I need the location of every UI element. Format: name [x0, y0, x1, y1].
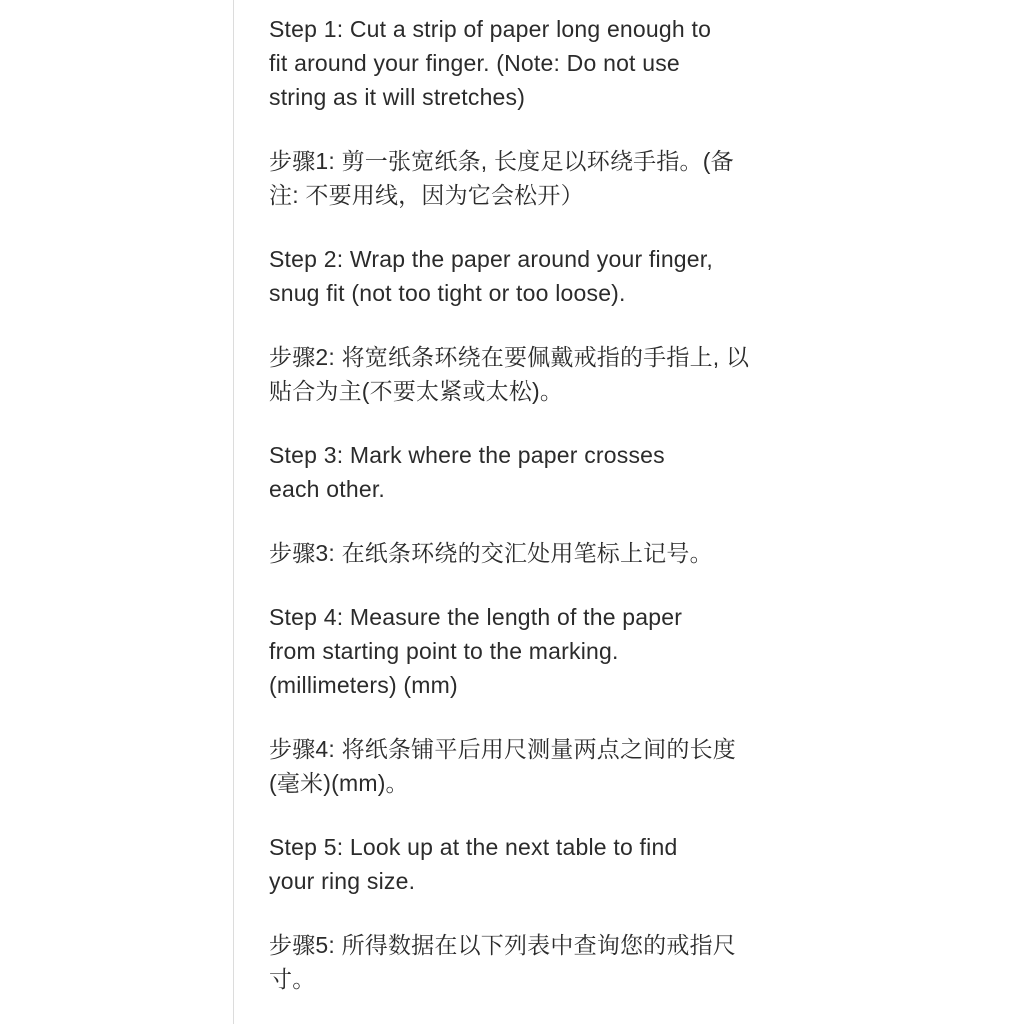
- paragraph-step5-chinese: 步骤5: 所得数据在以下列表中查询您的戒指尺 寸。: [269, 928, 989, 996]
- text-line: 注: 不要用线，因为它会松开）: [269, 178, 989, 212]
- text-line: 步骤3: 在纸条环绕的交汇处用笔标上记号。: [269, 536, 989, 570]
- paragraph-step4-chinese: 步骤4: 将纸条铺平后用尺测量两点之间的长度 (毫米)(mm)。: [269, 732, 989, 800]
- text-line: Step 5: Look up at the next table to fin…: [269, 830, 989, 864]
- text-line: 步骤4: 将纸条铺平后用尺测量两点之间的长度: [269, 732, 989, 766]
- text-line: 贴合为主(不要太紧或太松)。: [269, 374, 989, 408]
- left-divider-line: [233, 0, 234, 1024]
- paragraph-step1-chinese: 步骤1: 剪一张宽纸条, 长度足以环绕手指。(备 注: 不要用线，因为它会松开）: [269, 144, 989, 212]
- text-line: 步骤2: 将宽纸条环绕在要佩戴戒指的手指上, 以: [269, 340, 989, 374]
- text-line: snug fit (not too tight or too loose).: [269, 276, 989, 310]
- text-line: your ring size.: [269, 864, 989, 898]
- paragraph-step2-english: Step 2: Wrap the paper around your finge…: [269, 242, 989, 310]
- text-line: Step 2: Wrap the paper around your finge…: [269, 242, 989, 276]
- text-line: (毫米)(mm)。: [269, 766, 989, 800]
- paragraph-step4-english: Step 4: Measure the length of the paper …: [269, 600, 989, 702]
- text-line: from starting point to the marking.: [269, 634, 989, 668]
- paragraph-step2-chinese: 步骤2: 将宽纸条环绕在要佩戴戒指的手指上, 以 贴合为主(不要太紧或太松)。: [269, 340, 989, 408]
- text-line: string as it will stretches): [269, 80, 989, 114]
- paragraph-step3-chinese: 步骤3: 在纸条环绕的交汇处用笔标上记号。: [269, 536, 989, 570]
- paragraph-step1-english: Step 1: Cut a strip of paper long enough…: [269, 12, 989, 114]
- text-line: each other.: [269, 472, 989, 506]
- text-line: fit around your finger. (Note: Do not us…: [269, 46, 989, 80]
- instructions-content: Step 1: Cut a strip of paper long enough…: [269, 12, 989, 1024]
- text-line: 步骤1: 剪一张宽纸条, 长度足以环绕手指。(备: [269, 144, 989, 178]
- text-line: (millimeters) (mm): [269, 668, 989, 702]
- text-line: Step 3: Mark where the paper crosses: [269, 438, 989, 472]
- text-line: Step 1: Cut a strip of paper long enough…: [269, 12, 989, 46]
- text-line: 寸。: [269, 962, 989, 996]
- paragraph-step3-english: Step 3: Mark where the paper crosses eac…: [269, 438, 989, 506]
- text-line: 步骤5: 所得数据在以下列表中查询您的戒指尺: [269, 928, 989, 962]
- paragraph-step5-english: Step 5: Look up at the next table to fin…: [269, 830, 989, 898]
- ring-sizing-instructions-page: Step 1: Cut a strip of paper long enough…: [0, 0, 1024, 1024]
- text-line: Step 4: Measure the length of the paper: [269, 600, 989, 634]
